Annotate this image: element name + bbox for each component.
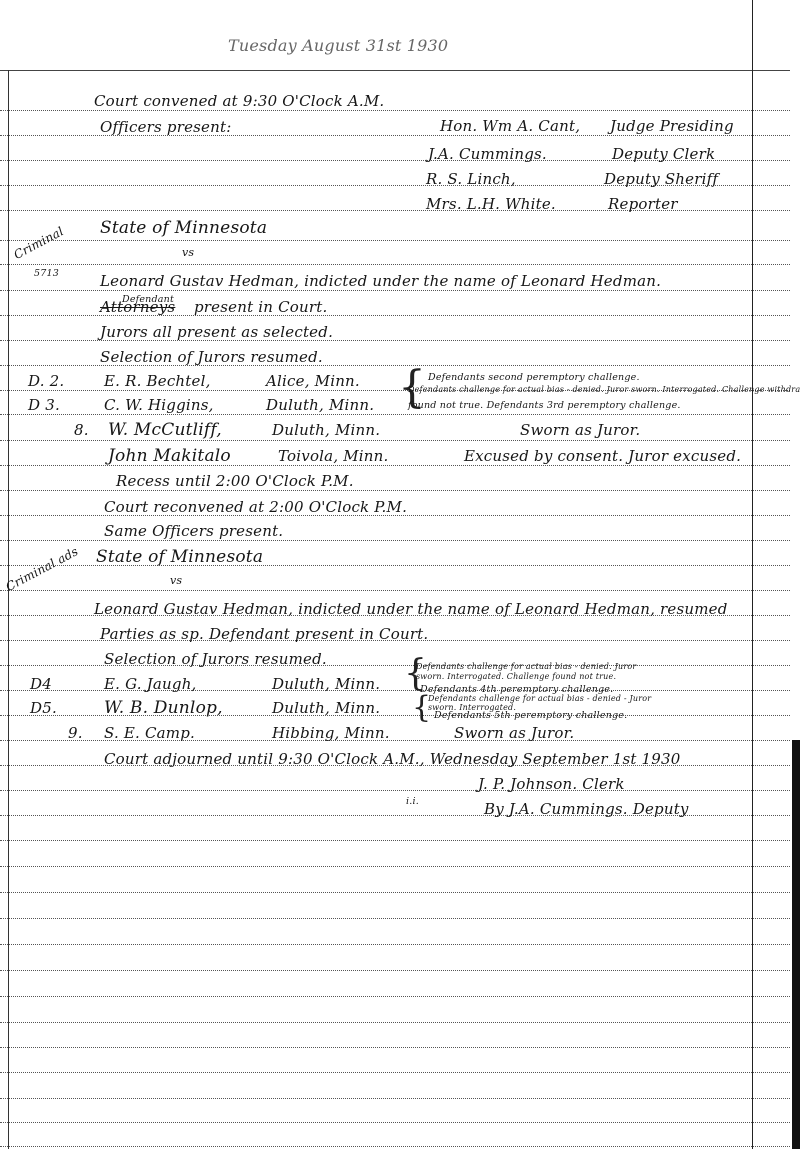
juror-note: Excused by consent. Juror excused. [464,447,741,465]
case1-brace-note: Defendants second peremptory challenge. [428,372,640,383]
case1-brace-note: Defendants challenge for actual bias - d… [408,385,800,394]
juror-residence: Duluth, Minn. [266,396,374,414]
officer-name: Mrs. L.H. White. [426,195,556,213]
juror-mark: D5. [30,699,57,717]
juror-residence: Duluth, Minn. [272,675,380,693]
case2-brace-note: Defendants challenge for actual bias - d… [428,694,651,703]
case1-title: State of Minnesota [100,218,267,238]
case1-struck-word: Attorneys [100,298,175,316]
case1-present-line: present in Court. [194,298,327,316]
signature-deputy: By J.A. Cummings. Deputy [484,800,689,818]
juror-name: W. B. Dunlop, [104,698,223,718]
juror-mark: 9. [68,724,83,742]
juror-note: Sworn as Juror. [454,724,574,742]
header-date: Tuesday August 31st 1930 [228,36,448,55]
officers-label: Officers present: [100,118,231,136]
case2-brace-note: Defendants challenge for actual bias - d… [416,662,636,671]
case2-defendant-line: Leonard Gustav Hedman, indicted under th… [94,600,728,618]
officer-role: Judge Presiding [610,117,734,135]
juror-name: S. E. Camp. [104,724,195,742]
case1-selection-line: Selection of Jurors resumed. [100,348,323,366]
officer-role: Deputy Sheriff [604,170,718,188]
case2-brace-note: sworn. Interrogated. Challenge found not… [416,672,616,681]
juror-residence: Toivola, Minn. [278,447,389,465]
juror-name: E. G. Jaugh, [104,675,197,693]
left-margin-line [8,70,9,1149]
case2-margin-note: Criminal ads [3,544,80,594]
case1-same-officers-line: Same Officers present. [104,522,283,540]
case1-reconvene-line: Court reconvened at 2:00 O'Clock P.M. [104,498,407,516]
juror-residence: Duluth, Minn. [272,421,380,439]
juror-mark: D4 [30,675,52,693]
officer-role: Reporter [608,195,678,213]
juror-note: Sworn as Juror. [520,421,640,439]
juror-residence: Hibbing, Minn. [272,724,390,742]
right-margin-line [752,0,753,1149]
juror-residence: Alice, Minn. [266,372,360,390]
juror-name: E. R. Bechtel, [104,372,211,390]
case1-recess-line: Recess until 2:00 O'Clock P.M. [116,472,354,490]
juror-name: John Makitalo [108,446,231,466]
juror-residence: Duluth, Minn. [272,699,380,717]
officer-name: Hon. Wm A. Cant, [440,117,580,135]
officer-role: Deputy Clerk [612,145,715,163]
juror-name: C. W. Higgins, [104,396,214,414]
case2-adjourn-line: Court adjourned until 9:30 O'Clock A.M.,… [104,750,681,768]
juror-mark: D. 2. [28,372,64,390]
court-convened-line: Court convened at 9:30 O'Clock A.M. [94,92,384,110]
case1-brace-note: found not true. Defendants 3rd peremptor… [408,400,681,411]
officer-name: J.A. Cummings. [428,145,547,163]
case1-vs: vs [182,246,194,259]
case2-brace-note: Defendants 5th peremptory challenge. [434,710,627,721]
signature-clerk: J. P. Johnson. Clerk [478,775,625,793]
ledger-page: Tuesday August 31st 1930 Court convened … [0,0,800,1149]
stray-mark: i.i. [406,796,419,807]
case2-vs: vs [170,574,182,587]
juror-mark: 8. [74,421,89,439]
case2-present-line: Parties as sp. Defendant present in Cour… [100,625,428,643]
case1-defendant-line: Leonard Gustav Hedman, indicted under th… [100,272,661,290]
case1-margin-note: Criminal [11,224,66,262]
juror-mark: D 3. [28,396,60,414]
page-edge-shadow [792,740,800,1149]
juror-name: W. McCutliff, [108,420,222,440]
case1-case-number: 5713 [34,268,59,279]
case2-title: State of Minnesota [96,547,263,567]
case1-jurors-line: Jurors all present as selected. [100,323,333,341]
officer-name: R. S. Linch, [426,170,516,188]
case2-selection-line: Selection of Jurors resumed. [104,650,327,668]
